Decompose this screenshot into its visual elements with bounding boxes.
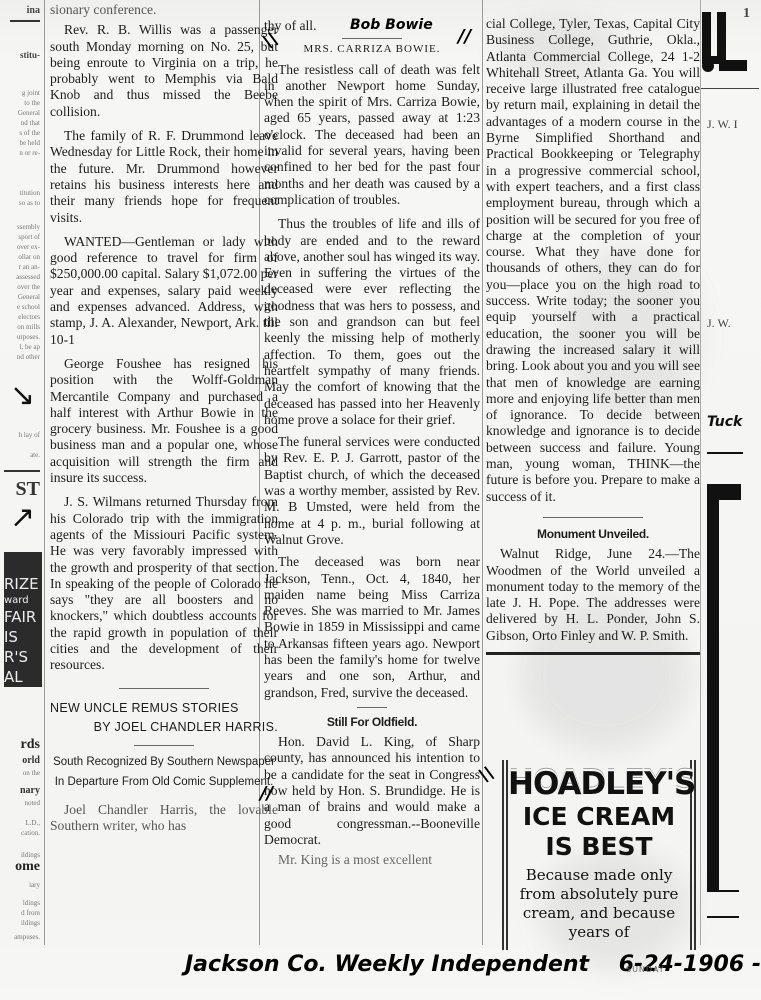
handwritten-name: Bob Bowie — [350, 17, 433, 33]
fragment-text: orld — [22, 756, 40, 766]
ad-fragment-text: R'S — [4, 647, 42, 667]
fragment-text: over ex- — [17, 242, 40, 252]
remus-subheadline: South Recognized By Southern Newspaper I… — [50, 752, 278, 792]
fragment-text: ollar on — [18, 252, 40, 262]
monument-paragraph: Walnut Ridge, June 24.—The Woodmen of th… — [486, 546, 700, 644]
divider — [357, 707, 387, 708]
ad-fragment-text: RIZE — [4, 574, 42, 594]
fragment-text: on the — [23, 768, 40, 778]
fragment-text: urposes. — [17, 332, 40, 342]
fragment-text: J. W. I — [707, 117, 738, 132]
fragment-text: be held — [20, 138, 40, 148]
obituary-paragraph: The funeral services were conducted by R… — [264, 434, 480, 548]
divider — [342, 38, 402, 39]
column-3: cial College, Tyler, Texas, Capital City… — [486, 0, 700, 663]
fragment-text: General — [18, 292, 40, 302]
fragment-text: ildings — [21, 918, 40, 928]
divider — [701, 88, 759, 89]
quote-mark-icon: // — [260, 783, 273, 804]
ad-title: HOADLEY'S — [508, 766, 690, 802]
ad-fragment-text: FAIR — [4, 607, 42, 627]
fragment-text: General — [18, 108, 40, 118]
news-item-foushee: George Foushee has resigned his position… — [50, 356, 278, 486]
classified-wanted: WANTED—Gentleman or lady with good refer… — [50, 234, 278, 348]
fragment-text: d from — [21, 908, 40, 918]
news-item-willis: Rev. R. B. Willis was a passenger south … — [50, 22, 278, 120]
decorative-bar — [707, 500, 719, 890]
fragment-text: ome — [15, 862, 40, 872]
remus-headline-line-2: BY JOEL CHANDLER HARRIS. — [50, 718, 278, 737]
fragment-text: h lay of — [19, 430, 40, 440]
source-day: SUNDAY — [626, 965, 665, 974]
remus-headline: NEW UNCLE REMUS STORIES BY JOEL CHANDLER… — [50, 699, 278, 737]
column-rule — [44, 0, 45, 945]
fragment-text: l, be ap — [20, 342, 40, 352]
divider — [486, 652, 700, 655]
obituary-paragraph: The resistless call of death was felt in… — [264, 62, 480, 209]
divider — [707, 452, 743, 454]
ad-fragment-text: AL — [4, 667, 42, 687]
fragment-text: J. W. — [707, 316, 731, 331]
fragment-text: noted — [24, 798, 40, 808]
fragment-text: nary — [20, 786, 40, 796]
decorative-bar — [707, 484, 741, 500]
obituary-paragraph: The deceased was born near Jackson, Tenn… — [264, 554, 480, 701]
fragment-text: g joint — [22, 88, 40, 98]
right-adjacent-column: 1 J. W. I J. W. Tuck — [700, 0, 761, 945]
divider — [4, 470, 40, 472]
fragment-text: Tuck — [707, 414, 742, 430]
news-item-wilmans: J. S. Wilmans returned Thursday from his… — [50, 494, 278, 673]
fragment-text: ssembly — [17, 222, 40, 232]
fragment-text: stitu- — [20, 50, 40, 60]
hand-drawn-arrow-icon: ↘ — [10, 378, 35, 413]
divider — [707, 916, 739, 918]
fragment-text: to the — [24, 98, 40, 108]
newspaper-clipping: ina stitu- g joint to the General nd tha… — [0, 0, 761, 1000]
decorative-bar — [717, 12, 726, 58]
left-adjacent-column: ina stitu- g joint to the General nd tha… — [0, 0, 45, 945]
remus-body: Joel Chandler Harris, the lovable Southe… — [50, 802, 278, 835]
fragment-text: ST — [16, 484, 40, 494]
continued-text: sionary conference. — [50, 2, 278, 18]
column-1: sionary conference. Rev. R. B. Willis wa… — [50, 0, 278, 838]
ad-subtitle: ICE CREAM — [508, 802, 690, 832]
decorative-circle — [702, 60, 714, 72]
fragment-text: titution — [20, 188, 40, 198]
remus-headline-line-1: NEW UNCLE REMUS STORIES — [50, 699, 278, 718]
source-newspaper-name: Jackson Co. Weekly Independent — [185, 952, 589, 977]
fragment-text: ina — [27, 6, 40, 16]
fragment-text: ate. — [30, 450, 40, 460]
fragment-text: e school — [17, 302, 40, 312]
fragment-text: n or re- — [19, 148, 40, 158]
divider — [134, 745, 194, 746]
column-rule — [482, 0, 483, 945]
divider — [543, 517, 643, 518]
fragment-text: iary — [29, 880, 40, 890]
oldfield-paragraph: Hon. David L. King, of Sharp county, has… — [264, 734, 480, 848]
fragment-text: nd other — [17, 352, 40, 362]
fragment-text: on mills — [17, 322, 40, 332]
ad-fragment-text: ward — [4, 594, 42, 607]
divider — [119, 688, 209, 689]
fragment-text: ldings — [23, 898, 40, 908]
fragment-text: over the — [17, 282, 40, 292]
fragment-text: r an an- — [19, 262, 40, 272]
news-item-drummond: The family of R. F. Drummond leave Wedne… — [50, 128, 278, 226]
ad-fragment-text: IS — [4, 627, 42, 647]
fragment-text: assessed — [16, 272, 40, 282]
obituary-paragraph: Thus the troubles of life and ills of bo… — [264, 216, 480, 428]
obituary-headline: MRS. CARRIZA BOWIE. — [264, 41, 480, 57]
fragment-text: L.D., — [25, 818, 40, 828]
column-2: thy of all. MRS. CARRIZA BOWIE. The resi… — [264, 0, 480, 873]
hand-drawn-arrow-icon: ↗ — [10, 500, 35, 535]
oldfield-headline: Still For Oldfield. — [264, 714, 480, 730]
fragment-text: 1 — [743, 6, 750, 22]
divider — [10, 20, 40, 22]
business-college-advertisement: cial College, Tyler, Texas, Capital City… — [486, 16, 700, 505]
fragment-text: sport of — [18, 232, 40, 242]
fragment-text: s of the — [19, 128, 40, 138]
fragment-text: cation. — [21, 828, 40, 838]
fragment-text: rds — [21, 740, 40, 750]
ad-subtitle: IS BEST — [508, 832, 690, 862]
quote-mark-icon: // — [458, 26, 471, 47]
fragment-text: so as to — [19, 198, 40, 208]
fragment-text: ampuses. — [14, 932, 40, 942]
continued-text: Mr. King is a most excellent — [264, 852, 480, 868]
decorative-bar — [719, 60, 747, 71]
ice-cream-advertisement: HOADLEY'S ICE CREAM IS BEST Because made… — [502, 760, 696, 950]
ad-body: Because made only from absolutely pure c… — [508, 866, 690, 942]
prize-advertisement-fragment: RIZE ward FAIR IS R'S AL — [4, 552, 42, 687]
source-citation: Jackson Co. Weekly Independent 6-24-1906… — [185, 952, 761, 977]
decorative-bar — [702, 12, 711, 58]
fragment-text: electors — [18, 312, 40, 322]
monument-headline: Monument Unveiled. — [486, 526, 700, 542]
divider — [707, 890, 739, 892]
fragment-text: nd that — [21, 118, 40, 128]
